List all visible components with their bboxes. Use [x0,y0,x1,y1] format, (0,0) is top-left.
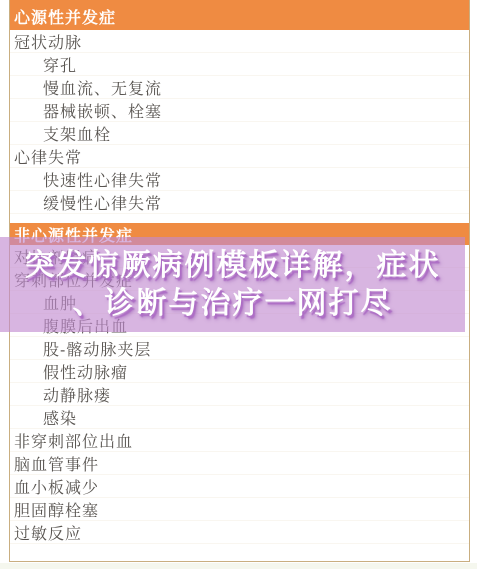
table-row: 股-髂动脉夹层 [10,337,469,360]
cardiac-rows: 冠状动脉穿孔慢血流、无复流器械嵌顿、栓塞支架血栓心律失常快速性心律失常缓慢性心律… [10,30,469,214]
table-row: 假性动脉瘤 [10,360,469,383]
table-row: 器械嵌顿、栓塞 [10,99,469,122]
table-row: 慢血流、无复流 [10,76,469,99]
table-row: 快速性心律失常 [10,168,469,191]
table-row: 穿孔 [10,53,469,76]
table-row: 缓慢性心律失常 [10,191,469,214]
table-row: 血小板减少 [10,475,469,498]
table-row: 动静脉瘘 [10,383,469,406]
table-row: 非穿刺部位出血 [10,429,469,452]
promo-title-line2: 、诊断与治疗一网打尽 [73,285,393,323]
table-row: 胆固醇栓塞 [10,498,469,521]
promo-overlay: 突发惊厥病例模板详解，症状 、诊断与治疗一网打尽 [0,237,465,332]
table-row: 冠状动脉 [10,30,469,53]
section-header-cardiac: 心源性并发症 [10,0,469,30]
table-row: 过敏反应 [10,521,469,544]
promo-title-line1: 突发惊厥病例模板详解，症状 [25,247,441,285]
table-row: 支架血栓 [10,122,469,145]
table-row: 心律失常 [10,145,469,168]
page-bottom-strip [0,563,477,569]
page: 心源性并发症 冠状动脉穿孔慢血流、无复流器械嵌顿、栓塞支架血栓心律失常快速性心律… [0,0,477,569]
table-row: 感染 [10,406,469,429]
table-row: 脑血管事件 [10,452,469,475]
